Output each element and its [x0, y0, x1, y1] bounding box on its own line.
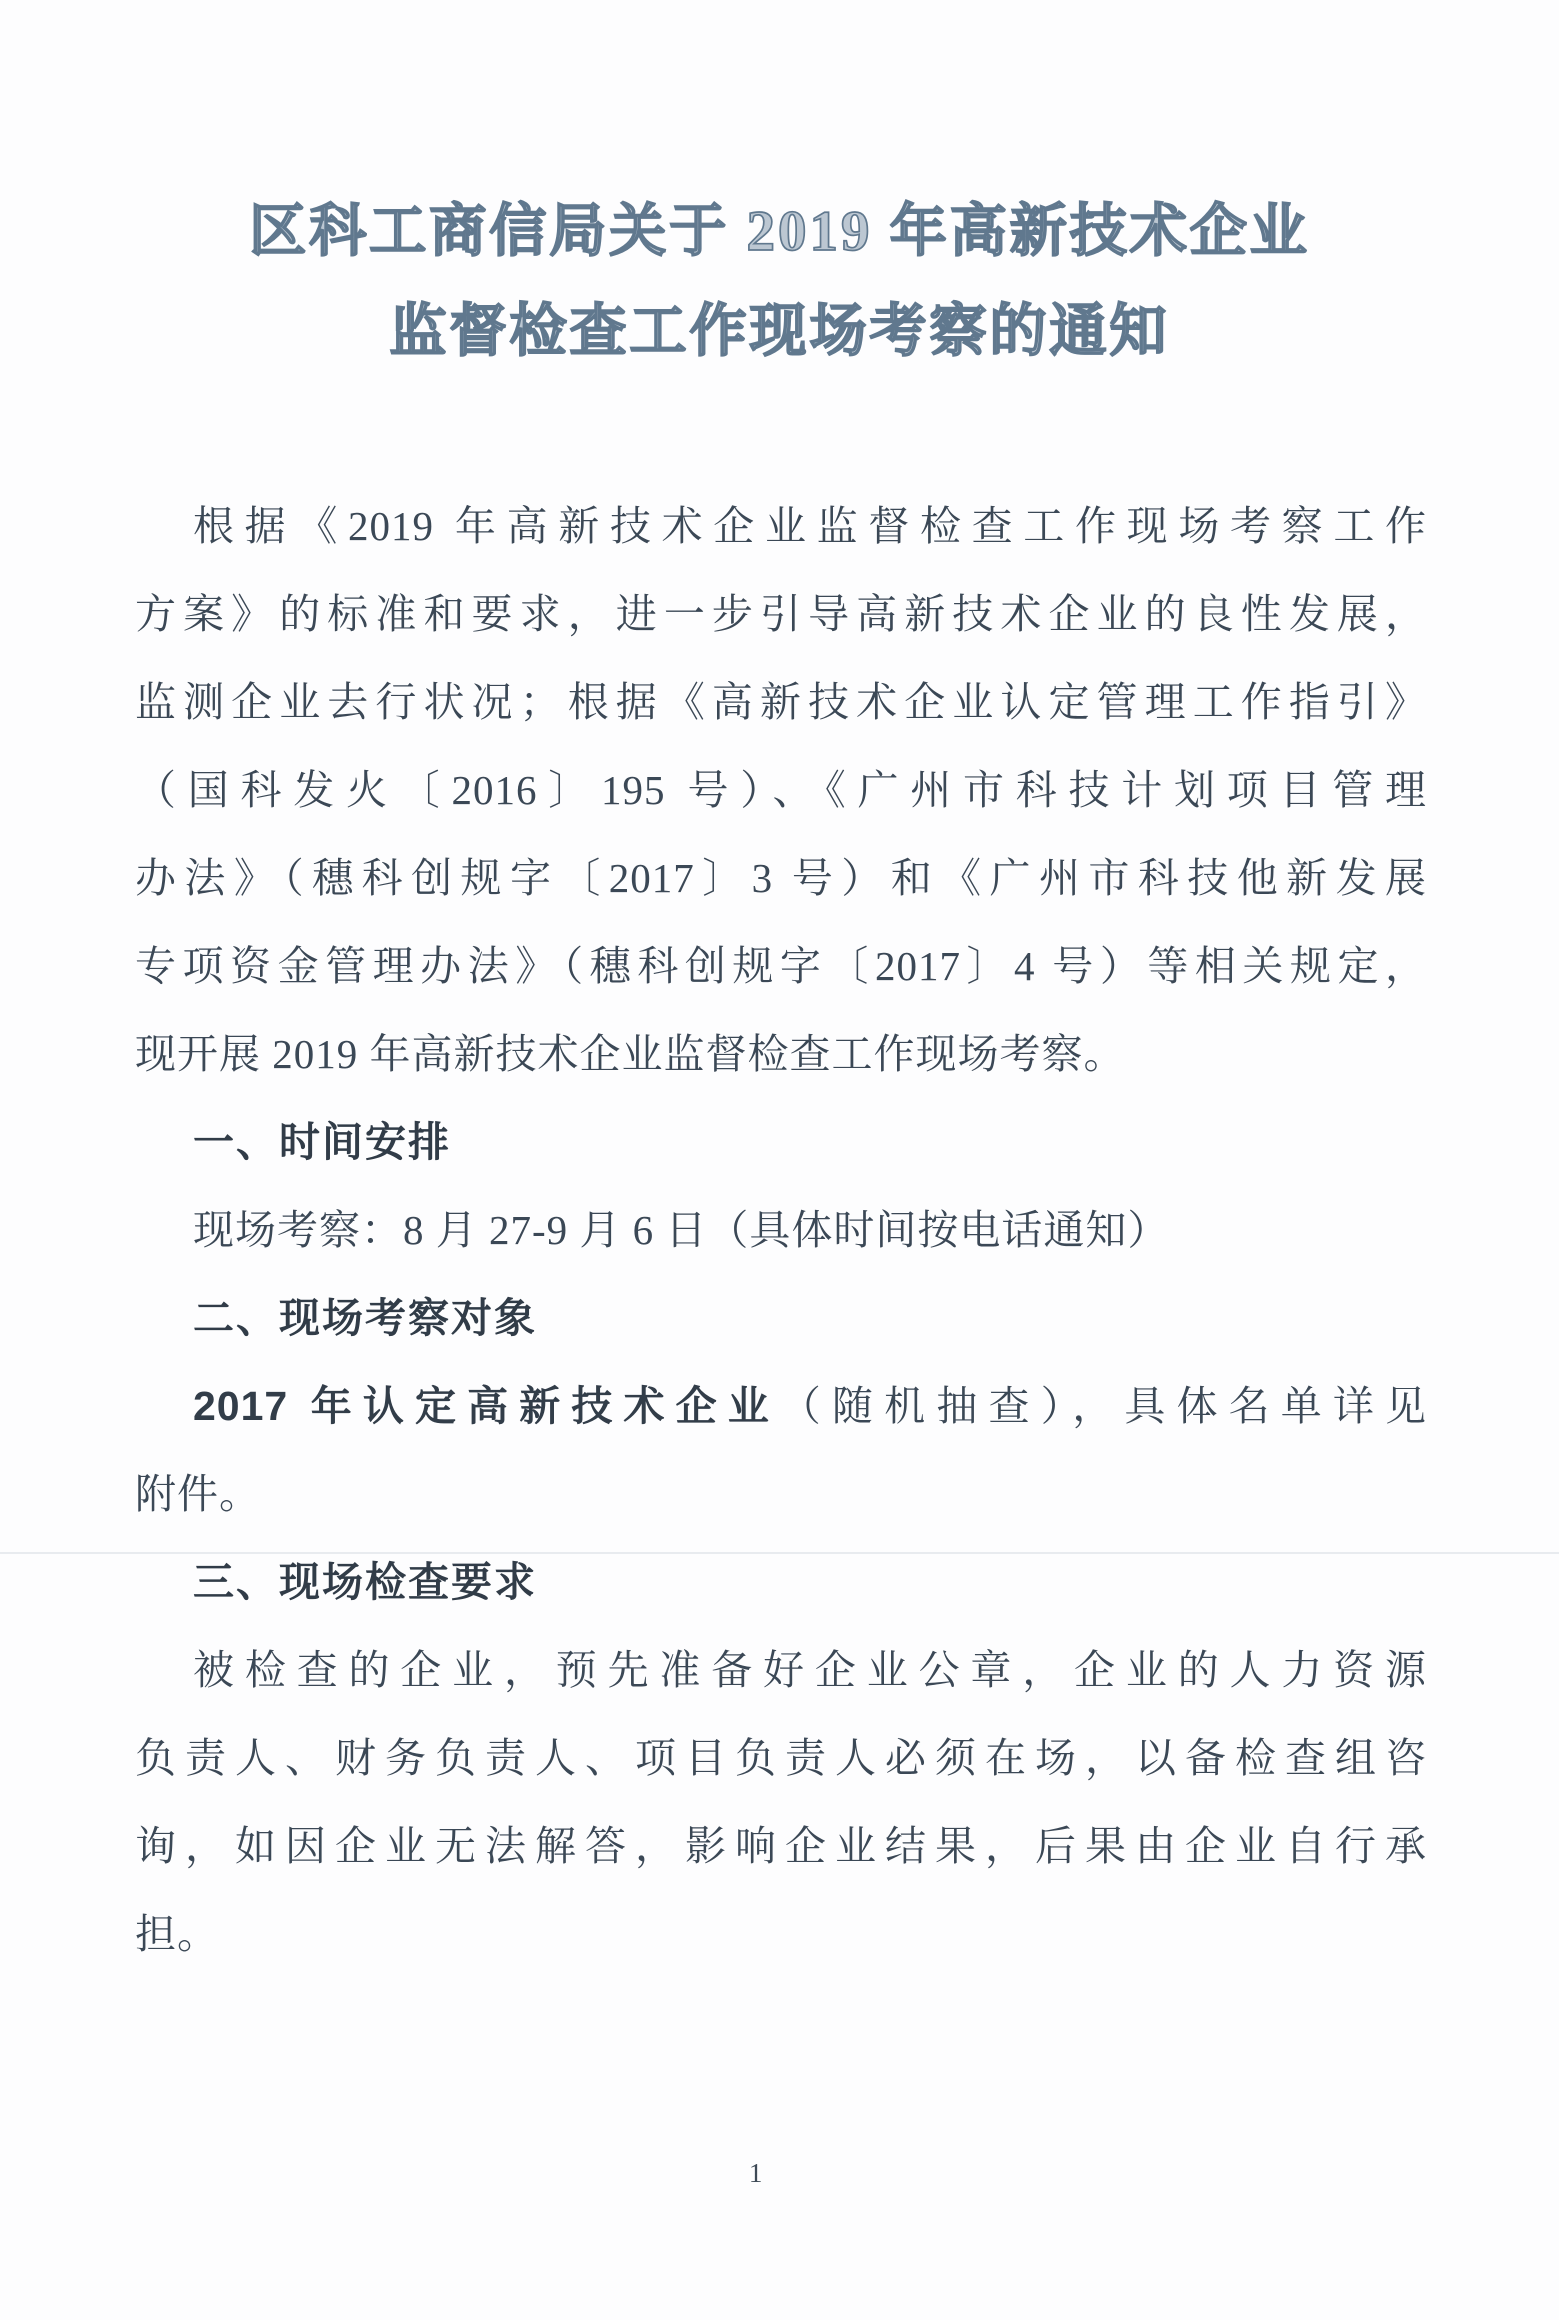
title-line-2: 监督检查工作现场考察的通知 — [0, 282, 1559, 382]
section-2-body-regular-segment: （随机抽查），具体名单详见 — [780, 1383, 1427, 1429]
intro-line: 方案》的标准和要求，进一步引导高新技术企业的良性发展， — [135, 570, 1427, 658]
title-line-1: 区科工商信局关于 2019 年高新技术企业 — [0, 182, 1559, 282]
section-3-body-line: 担。 — [135, 1890, 1427, 1978]
section-2-heading: 二、现场考察对象 — [135, 1274, 1427, 1362]
section-3-body-line: 被检查的企业，预先准备好企业公章，企业的人力资源 — [135, 1626, 1427, 1714]
section-3-body-line: 负责人、财务负责人、项目负责人必须在场，以备检查组咨 — [135, 1714, 1427, 1802]
page-number: 1 — [0, 2158, 1512, 2189]
intro-line: 专项资金管理办法》（穗科创规字〔2017〕4 号）等相关规定， — [135, 922, 1427, 1010]
document-title: 区科工商信局关于 2019 年高新技术企业 监督检查工作现场考察的通知 — [0, 182, 1559, 382]
section-2-body-line: 2017 年认定高新技术企业（随机抽查），具体名单详见 — [135, 1362, 1427, 1450]
intro-line: 办法》（穗科创规字〔2017〕3 号）和《广州市科技他新发展 — [135, 834, 1427, 922]
section-1-heading: 一、时间安排 — [135, 1098, 1427, 1186]
section-1-body-line: 现场考察：8 月 27-9 月 6 日（具体时间按电话通知） — [135, 1186, 1427, 1274]
intro-line: 现开展 2019 年高新技术企业监督检查工作现场考察。 — [135, 1010, 1427, 1098]
document-page: 区科工商信局关于 2019 年高新技术企业 监督检查工作现场考察的通知 根据《2… — [0, 0, 1559, 2320]
section-2-body-bold-segment: 2017 年认定高新技术企业 — [193, 1383, 780, 1429]
intro-line: 根据《2019 年高新技术企业监督检查工作现场考察工作 — [135, 482, 1427, 570]
intro-line: 监测企业去行状况；根据《高新技术企业认定管理工作指引》 — [135, 658, 1427, 746]
section-2-body-line: 附件。 — [135, 1450, 1427, 1538]
scan-artifact-line — [0, 1552, 1559, 1554]
intro-line: （国科发火〔2016〕195 号）、《广州市科技计划项目管理 — [135, 746, 1427, 834]
document-body: 根据《2019 年高新技术企业监督检查工作现场考察工作 方案》的标准和要求，进一… — [135, 482, 1427, 1978]
section-3-body-line: 询，如因企业无法解答，影响企业结果，后果由企业自行承 — [135, 1802, 1427, 1890]
